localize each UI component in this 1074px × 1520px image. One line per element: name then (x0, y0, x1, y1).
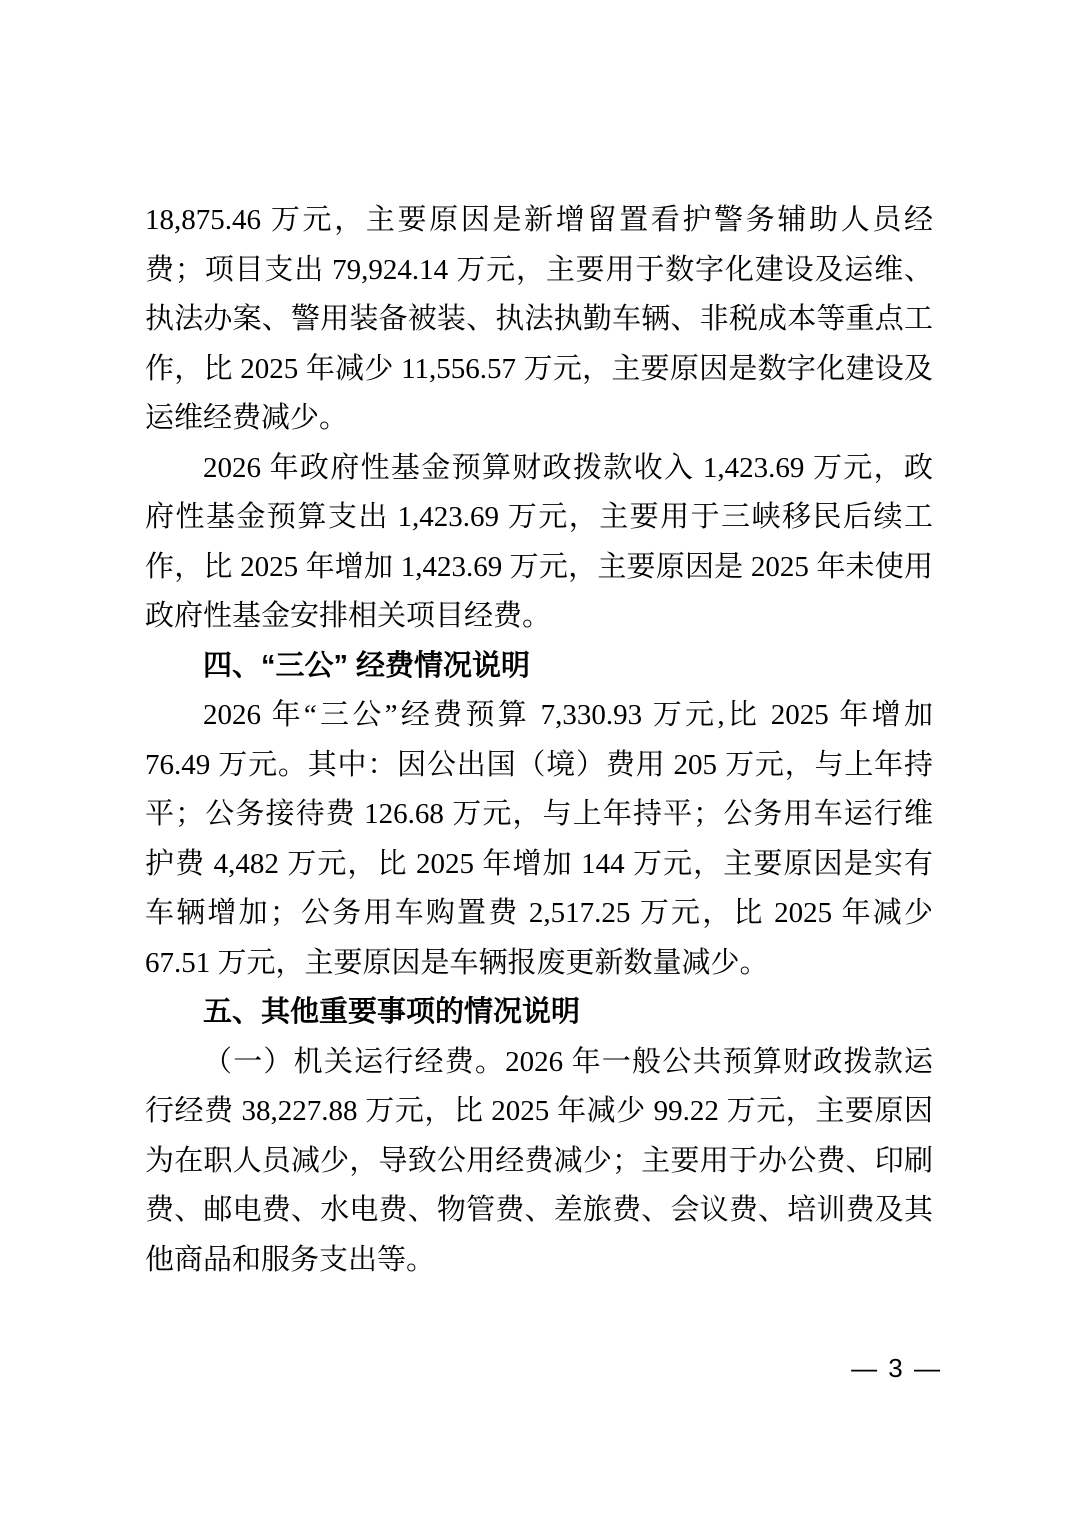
document-body: 18,875.46 万元，主要原因是新增留置看护警务辅助人员经费；项目支出 79… (145, 196, 933, 1285)
document-page: 18,875.46 万元，主要原因是新增留置看护警务辅助人员经费；项目支出 79… (0, 0, 1074, 1520)
heading-section-four-three-public-funds: 四、“三公” 经费情况说明 (145, 642, 933, 692)
paragraph-three-public-funds-detail: 2026 年“三公”经费预算 7,330.93 万元,比 2025 年增加 76… (145, 691, 933, 988)
heading-section-five-other-important-matters: 五、其他重要事项的情况说明 (145, 988, 933, 1038)
paragraph-agency-operating-expense: （一）机关运行经费。2026 年一般公共预算财政拨款运行经费 38,227.88… (145, 1038, 933, 1286)
paragraph-government-fund-budget: 2026 年政府性基金预算财政拨款收入 1,423.69 万元，政府性基金预算支… (145, 444, 933, 642)
paragraph-carryover-expense: 18,875.46 万元，主要原因是新增留置看护警务辅助人员经费；项目支出 79… (145, 196, 933, 444)
page-number: — 3 — (851, 1352, 942, 1384)
